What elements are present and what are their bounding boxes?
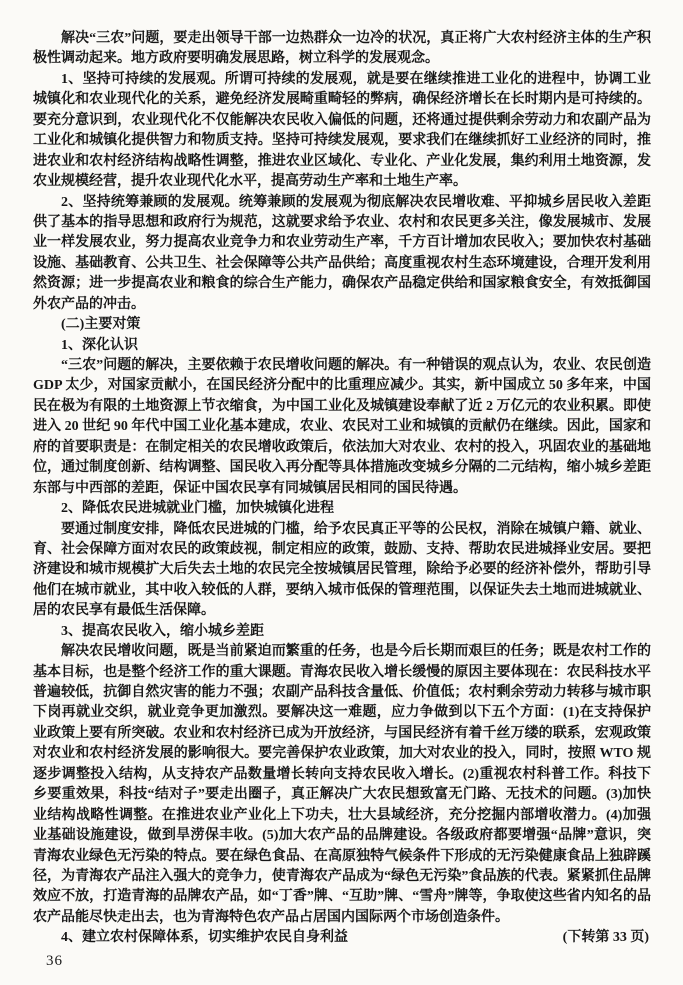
text-line: 业结构战略性调整。在推进农业产业化上下功夫，壮大县域经济，充分挖掘内部增收潜力。… bbox=[33, 806, 651, 826]
text-line: 业基础设施建设，做到旱涝保丰收。(5)加大农产品的品牌建设。各级政府都要增强“品… bbox=[33, 826, 651, 846]
continuation-note: (下转第 33 页) bbox=[563, 928, 651, 948]
text-line: “三农”问题的解决，主要依赖于农民增收问题的解决。有一种错误的观点认为，农业、农… bbox=[33, 356, 651, 376]
text-line: 逐步调整投入结构，从支持农产品数量增长转向支持农民收入增长。(2)重视农村科普工… bbox=[33, 765, 651, 785]
text-line: 进入 20 世纪 90 年代中国工业化基本建成，农业、农民对工业和城镇的贡献仍在… bbox=[33, 417, 651, 437]
text-line: 要通过制度安排，降低农民进城的门槛，给予农民真正平等的公民权，消除在城镇户籍、就… bbox=[33, 520, 651, 540]
text-line: GDP 太少，对国家贡献小，在国民经济分配中的比重理应减少。其实，新中国成立 5… bbox=[33, 376, 651, 396]
text-line: (二)主要对策 bbox=[33, 315, 651, 335]
text-line: 青海农业绿色无污染的特点。要在绿色食品、在高原独特气候条件下形成的无污染健康食品… bbox=[33, 847, 651, 867]
text-line: 农产品能尽快走出去，也为青海特色农产品占居国内国际两个市场创造条件。 bbox=[33, 908, 651, 928]
text-line: 外农产品的冲击。 bbox=[33, 295, 651, 315]
text-line: 民在极为有限的土地资源上节衣缩食，为中国工业化及城镇建设奉献了近 2 万亿元的农… bbox=[33, 397, 651, 417]
text-line: 城镇化和农业现代化的关系，避免经济发展畸重畸轻的弊病，确保经济增长在长时期内是可… bbox=[33, 90, 651, 110]
text-line: 下岗再就业交织，就业竞争更加激烈。要解决这一难题，应力争做到以下五个方面：(1)… bbox=[33, 703, 651, 723]
text-line: 解决“三农”问题，要走出领导干部一边热群众一边冷的状况，真正将广大农村经济主体的… bbox=[33, 29, 651, 49]
text-line: 府的首要职责是：在制定相关的农民增收政策后，依法加大对农业、农村的投入，巩固农业… bbox=[33, 438, 651, 458]
text-line: 业政策上要有所突破。农业和农村经济已成为开放经济，与国民经济有着千丝万缕的联系，… bbox=[33, 724, 651, 744]
article-text: 解决“三农”问题，要走出领导干部一边热群众一边冷的状况，真正将广大农村经济主体的… bbox=[33, 29, 651, 949]
text-line: 径，为青海农产品注入强大的竞争力，使青海农产品成为“绿色无污染”食品族的代表。紧… bbox=[33, 867, 651, 887]
text-line: 居的农民享有最低生活保障。 bbox=[33, 601, 651, 621]
text-line: 极性调动起来。地方政府要明确发展思路，树立科学的发展观念。 bbox=[33, 49, 651, 69]
text-line: 要充分意识到，农业现代化不仅能解决农民收入偏低的问题，还将通过提供剩余劳动力和农… bbox=[33, 111, 651, 131]
text-line: 乡要重效果，科技“结对子”要走出圈子，真正解决广大农民想致富无门路、无技术的问题… bbox=[33, 785, 651, 805]
text-line: 业一样发展农业，努力提高农业竞争力和农业劳动生产率，千方百计增加农民收入；要加快… bbox=[33, 233, 651, 253]
text-line: 2、坚持统筹兼顾的发展观。统筹兼顾的发展观为彻底解决农民增收难、平抑城乡居民收入… bbox=[33, 193, 651, 213]
text-line: 他们在城市就业，其中收入较低的人群，要纳入城市低保的管理范围，以保证失去土地而进… bbox=[33, 581, 651, 601]
text-line: 效应不放，打造青海的品牌农产品，如“丁香”牌、“互助”牌、“雪舟”牌等，争取使这… bbox=[33, 887, 651, 907]
closing-line-row: 4、建立农村保障体系，切实维护农民自身利益 (下转第 33 页) bbox=[33, 928, 651, 948]
text-line: 供了基本的指导思想和政府行为规范，这就要求给予农业、农村和农民更多关注，像发展城… bbox=[33, 213, 651, 233]
text-line: 济建设和城市规模扩大后失去土地的农民完全按城镇居民管理，除给予必要的经济补偿外，… bbox=[33, 560, 651, 580]
text-line: 育、社会保障方面对农民的政策歧视，制定相应的政策，鼓励、支持、帮助农民进城择业安… bbox=[33, 540, 651, 560]
text-line: 东部与中西部的差距，保证中国农民享有同城镇居民相同的国民待遇。 bbox=[33, 479, 651, 499]
text-line: 工业化和城镇化提供智力和物质支持。坚持可持续发展观，要求我们在继续抓好工业经济的… bbox=[33, 131, 651, 151]
text-line: 对农业和农村经济发展的影响很大。要完善保护农业政策，加大对农业的投入，同时，按照… bbox=[33, 744, 651, 764]
journal-page: 解决“三农”问题，要走出领导干部一边热群众一边冷的状况，真正将广大农村经济主体的… bbox=[0, 0, 683, 985]
text-line: 2、降低农民进城就业门槛，加快城镇化进程 bbox=[33, 499, 651, 519]
text-line: 1、坚持可持续的发展观。所谓可持续的发展观，就是要在继续推进工业化的进程中，协调… bbox=[33, 70, 651, 90]
text-line: 农业规模经营，提升农业现代化水平，提高劳动生产率和土地生产率。 bbox=[33, 172, 651, 192]
text-line: 1、深化认识 bbox=[33, 336, 651, 356]
text-line: 位，通过制度创新、结构调整、国民收入再分配等具体措施改变城乡分隔的二元结构，缩小… bbox=[33, 458, 651, 478]
text-line: 解决农民增收问题，既是当前紧迫而繁重的任务，也是今后长期而艰巨的任务；既是农村工… bbox=[33, 642, 651, 662]
text-lines: 解决“三农”问题，要走出领导干部一边热群众一边冷的状况，真正将广大农村经济主体的… bbox=[33, 29, 651, 928]
text-line: 普遍较低，抗御自然灾害的能力不强；农副产品科技含量低、价值低；农村剩余劳动力转移… bbox=[33, 683, 651, 703]
section-heading-4: 4、建立农村保障体系，切实维护农民自身利益 bbox=[33, 928, 348, 948]
text-line: 然资源；进一步提高农业和粮食的综合生产能力，确保农产品稳定供给和国家粮食安全，有… bbox=[33, 274, 651, 294]
text-line: 3、提高农民收入，缩小城乡差距 bbox=[33, 622, 651, 642]
text-line: 基本目标，也是整个经济工作的重大课题。青海农民收入增长缓慢的原因主要体现在：农民… bbox=[33, 663, 651, 683]
text-line: 进农业和农村经济结构战略性调整，推进农业区域化、专业化、产业化发展，集约利用土地… bbox=[33, 152, 651, 172]
page-number: 36 bbox=[46, 953, 63, 970]
text-line: 设施、基础教育、公共卫生、社会保障等公共产品供给；高度重视农村生态环境建设，合理… bbox=[33, 254, 651, 274]
